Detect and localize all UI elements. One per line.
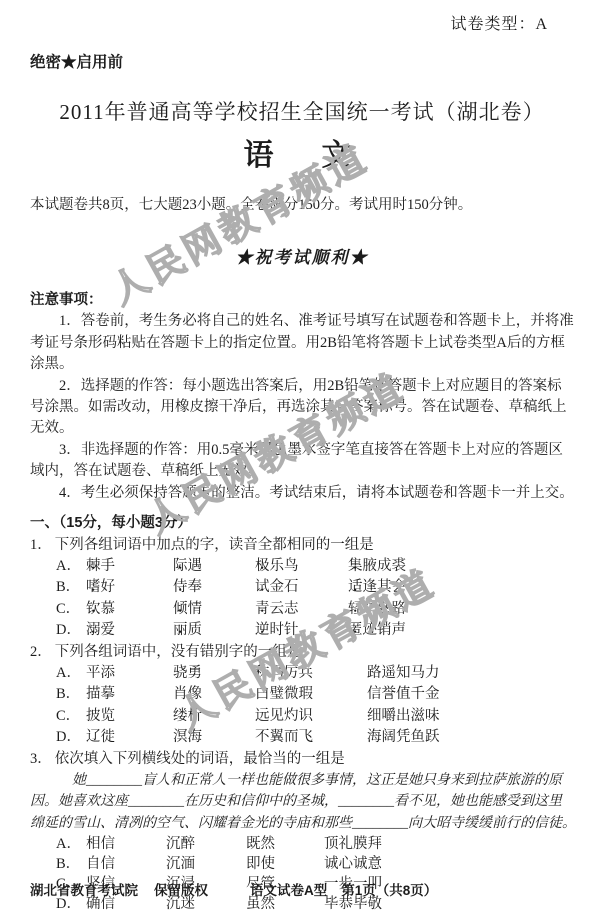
footer-page-number: 第1页（共8页） [341, 880, 437, 901]
footer-copyright: 保留版权 [154, 880, 208, 901]
option-word: 信誉值千金 [367, 684, 440, 705]
option-word: 缕析 [173, 706, 255, 727]
question-1-option-d: D．溺爱丽质逆时针匿迹销声 [30, 620, 574, 641]
question-3-passage-line: 她________盲人和正常人一样也能做很多事情，这正是她只身来到拉萨旅游的原 [30, 770, 574, 791]
notice-item-2: 2．选择题的作答：每小题选出答案后，用2B铅笔把答题卡上对应题目的答案标号涂黑。… [30, 376, 574, 440]
question-2-option-b: B．描摹肖像白璧微瑕信誉值千金 [30, 684, 574, 705]
option-label: B． [56, 684, 86, 705]
option-word: 海阔凭鱼跃 [367, 727, 440, 748]
question-1-option-a: A．棘手际遇极乐鸟集腋成裘 [30, 556, 574, 577]
option-word: 适逢其会 [348, 577, 406, 598]
option-word: 钦慕 [86, 599, 173, 620]
paper-summary: 本试题卷共8页，七大题23小题。全卷满分150分。考试用时150分钟。 [30, 195, 574, 216]
option-word: 骁勇 [173, 663, 255, 684]
option-word: 辽徙 [86, 727, 173, 748]
option-word: 顶礼膜拜 [324, 834, 382, 854]
question-number: 2． [30, 644, 52, 660]
option-word: 平添 [86, 663, 173, 684]
option-word: 诚心诚意 [324, 854, 382, 874]
question-number: 1． [30, 537, 52, 553]
option-word: 不翼而飞 [255, 727, 367, 748]
option-word: 匿迹销声 [348, 620, 406, 641]
option-word: 试金石 [255, 577, 348, 598]
option-word: 自信 [86, 854, 166, 874]
question-3-option-a: A．相信沉醉既然顶礼膜拜 [30, 834, 574, 854]
option-word: 秣马厉兵 [255, 663, 367, 684]
footer-paper-type: 语文试卷A型 [250, 880, 327, 901]
question-stem-text: 依次填入下列横线处的词语，最恰当的一组是 [55, 751, 345, 767]
option-word: 沉醉 [166, 834, 246, 854]
option-word: 棘手 [86, 556, 173, 577]
question-1-option-b: B．嗜好侍奉试金石适逢其会 [30, 577, 574, 598]
option-word: 逆时针 [255, 620, 348, 641]
option-label: A． [56, 556, 86, 577]
question-3-passage-line: 绵延的雪山、清冽的空气、闪耀着金光的寺庙和那些________向大昭寺缓缓前行的… [30, 813, 574, 834]
secrecy-label: 绝密★启用前 [30, 52, 574, 73]
option-word: 描摹 [86, 684, 173, 705]
option-label: B． [56, 577, 86, 598]
question-2-option-d: D．辽徙溟海不翼而飞海阔凭鱼跃 [30, 727, 574, 748]
notice-item-4: 4．考生必须保持答题卡的整洁。考试结束后，请将本试题卷和答题卡一并上交。 [30, 483, 574, 504]
option-word: 溺爱 [86, 620, 173, 641]
option-word: 远见灼识 [255, 706, 367, 727]
option-word: 披览 [86, 706, 173, 727]
exam-wish: ★祝考试顺利★ [30, 247, 574, 268]
notice-heading: 注意事项： [30, 290, 574, 311]
option-word: 轻车熟路 [348, 599, 406, 620]
option-word: 溟海 [173, 727, 255, 748]
option-word: 丽质 [173, 620, 255, 641]
question-2-stem: 2．下列各组词语中，没有错别字的一组是 [30, 642, 574, 663]
option-label: A． [56, 663, 86, 684]
option-word: 细嚼出滋味 [367, 706, 440, 727]
option-word: 集腋成裘 [348, 556, 406, 577]
question-stem-text: 下列各组词语中，没有错别字的一组是 [55, 644, 302, 660]
option-word: 肖像 [173, 684, 255, 705]
notice-item-3: 3．非选择题的作答：用0.5毫米黑色墨水签字笔直接答在答题卡上对应的答题区域内，… [30, 440, 574, 483]
question-3-passage-line: 因。她喜欢这座________在历史和信仰中的圣城，________看不见，她也… [30, 791, 574, 812]
option-label: C． [56, 706, 86, 727]
subject-title: 语 文 [30, 139, 574, 173]
question-1-stem: 1．下列各组词语中加点的字，读音全都相同的一组是 [30, 535, 574, 556]
question-stem-text: 下列各组词语中加点的字，读音全都相同的一组是 [55, 537, 374, 553]
option-word: 侍奉 [173, 577, 255, 598]
question-2-option-c: C．披览缕析远见灼识细嚼出滋味 [30, 706, 574, 727]
option-label: D． [56, 620, 86, 641]
option-word: 倾情 [173, 599, 255, 620]
page-footer: 湖北省教育考试院 保留版权 语文试卷A型 第1页（共8页） [30, 880, 437, 901]
page-content: 试卷类型：A 绝密★启用前 2011年普通高等学校招生全国统一考试（湖北卷） 语… [0, 0, 600, 914]
question-2-option-a: A．平添骁勇秣马厉兵路遥知马力 [30, 663, 574, 684]
notice-item-1: 1．答卷前，考生务必将自己的姓名、准考证号填写在试题卷和答题卡上，并将准考证号条… [30, 311, 574, 375]
option-word: 际遇 [173, 556, 255, 577]
option-word: 即使 [246, 854, 324, 874]
option-word: 既然 [246, 834, 324, 854]
option-word: 极乐鸟 [255, 556, 348, 577]
footer-institution: 湖北省教育考试院 [30, 880, 138, 901]
question-2: 2．下列各组词语中，没有错别字的一组是 A．平添骁勇秣马厉兵路遥知马力 B．描摹… [30, 642, 574, 749]
option-label: B． [56, 854, 86, 874]
paper-type-label: 试卷类型：A [30, 14, 574, 35]
question-3-option-b: B．自信沉湎即使诚心诚意 [30, 854, 574, 874]
option-word: 嗜好 [86, 577, 173, 598]
option-word: 路遥知马力 [367, 663, 440, 684]
option-word: 青云志 [255, 599, 348, 620]
exam-paper-page: 人民网教育频道 人民网教育频道 人民网教育频道 试卷类型：A 绝密★启用前 20… [0, 0, 600, 914]
option-label: C． [56, 599, 86, 620]
option-word: 白璧微瑕 [255, 684, 367, 705]
question-1: 1．下列各组词语中加点的字，读音全都相同的一组是 A．棘手际遇极乐鸟集腋成裘 B… [30, 535, 574, 642]
option-label: A． [56, 834, 86, 854]
question-1-option-c: C．钦慕倾情青云志轻车熟路 [30, 599, 574, 620]
question-3-stem: 3．依次填入下列横线处的词语，最恰当的一组是 [30, 749, 574, 770]
section-heading: 一、（15分，每小题3分） [30, 513, 574, 534]
option-word: 相信 [86, 834, 166, 854]
option-label: D． [56, 727, 86, 748]
option-word: 沉湎 [166, 854, 246, 874]
exam-title: 2011年普通高等学校招生全国统一考试（湖北卷） [30, 102, 574, 123]
question-number: 3． [30, 751, 52, 767]
